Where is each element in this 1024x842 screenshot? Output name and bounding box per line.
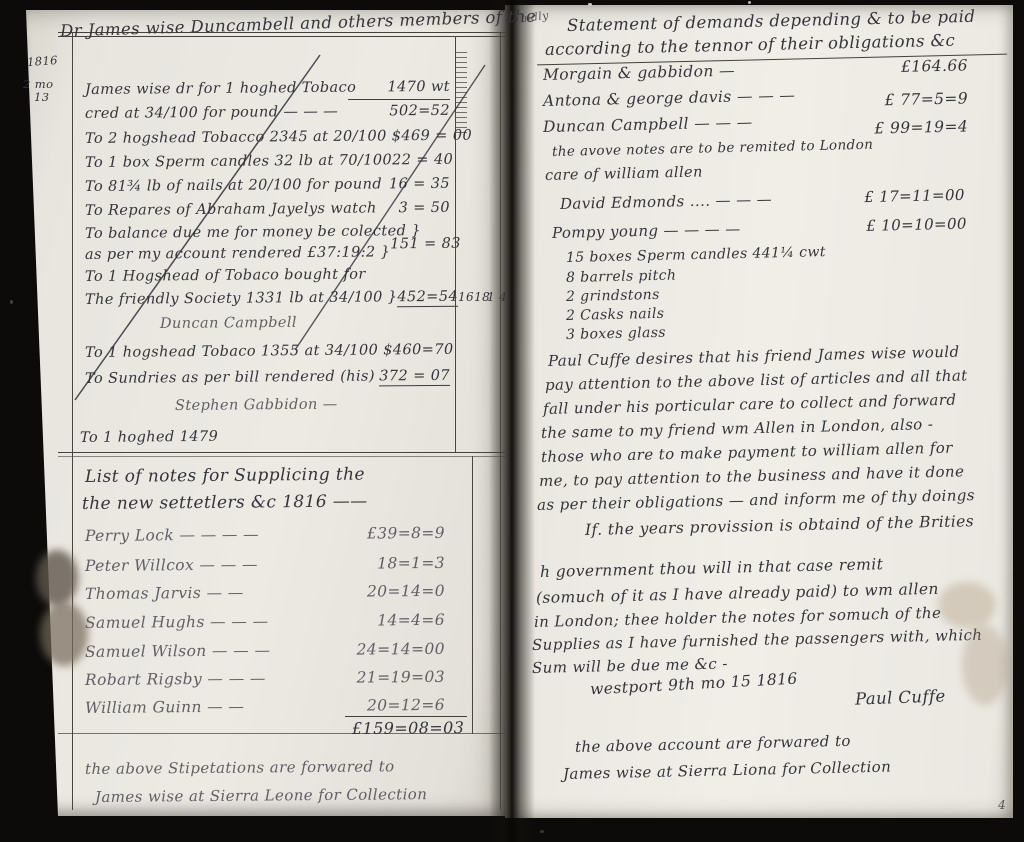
ledger-row: James wise dr for 1 hoghed Tobaco 1470 w… bbox=[85, 79, 450, 98]
cargo-line: 2 grindstons bbox=[566, 287, 660, 305]
note-amount: 18=1=3 bbox=[377, 554, 445, 573]
underline bbox=[348, 99, 450, 100]
note-row: Perry Lock — — — — £39=8=9 bbox=[85, 524, 445, 545]
note-row: Samuel Hughs — — — 14=4=6 bbox=[85, 611, 445, 632]
ledger-amount: 372 = 07 bbox=[379, 368, 450, 387]
ledger-amount: 3 = 50 bbox=[398, 200, 450, 216]
ledger-desc: To Repares of Abraham Jayelys watch bbox=[85, 200, 377, 219]
scanned-ledger-photo: Dr James wise Duncambell and others memb… bbox=[0, 0, 1024, 842]
ledger-row: To Repares of Abraham Jayelys watch 3 = … bbox=[85, 200, 450, 219]
ledger-row: To 2 hogshead Tobacco 2345 at 20/100 $ 4… bbox=[85, 128, 450, 147]
paper-stain bbox=[938, 582, 996, 628]
note-row: Thomas Jarvis — — 20=14=0 bbox=[85, 582, 445, 603]
ledger-amount: 22 = 40 bbox=[392, 152, 453, 169]
table-rule bbox=[58, 452, 506, 453]
ledger-amount: 151 = 83 bbox=[390, 236, 461, 253]
note-name: Samuel Hughs — — — bbox=[85, 612, 269, 632]
dust-speck bbox=[10, 300, 13, 304]
note-amount: 20=12=6 bbox=[367, 696, 445, 715]
ledger-name-centered: Duncan Campbell bbox=[160, 315, 297, 332]
note-row: Peter Willcox — — — 18=1=3 bbox=[85, 554, 445, 575]
demand-amount: £ 10=10=00 bbox=[866, 215, 967, 235]
signature: Paul Cuffe bbox=[855, 686, 946, 708]
note-amount: 20=14=0 bbox=[367, 582, 445, 601]
cargo-line: 2 Casks nails bbox=[566, 306, 665, 324]
paper-stain bbox=[962, 625, 1008, 705]
ledger-row: The friendly Society 1331 lb at 34/100 }… bbox=[85, 289, 450, 310]
ledger-amount: 469 = 00 bbox=[401, 128, 472, 145]
ledger-row: To 1 box Sperm candles 32 lb at 70/100 2… bbox=[85, 152, 450, 171]
ledger-desc: To 81¾ lb of nails at 20/100 for pound bbox=[85, 176, 382, 195]
note-amount: 14=4=6 bbox=[377, 611, 445, 630]
cargo-line: 3 boxes glass bbox=[566, 325, 666, 343]
ledger-desc: To 2 hogshead Tobacco 2345 at 20/100 $ bbox=[85, 128, 402, 147]
ledger-row: To Sundries as per bill rendered (his) 3… bbox=[85, 368, 450, 389]
notes-title: the new settetlers &c 1816 —— bbox=[82, 492, 368, 514]
note-name: Samuel Wilson — — — bbox=[85, 641, 270, 661]
demand-amount: £ 77=5=9 bbox=[884, 89, 968, 109]
ledger-desc: cred at 34/100 for pound — — — bbox=[85, 104, 338, 122]
dust-speck bbox=[588, 3, 592, 6]
note-name: Peter Willcox — — — bbox=[85, 555, 258, 575]
left-footer: James wise at Sierra Leone for Collectio… bbox=[95, 785, 427, 806]
ledger-amount: 452=54 bbox=[397, 289, 458, 308]
note-name: Perry Lock — — — — bbox=[85, 525, 259, 545]
note-row: William Guinn — — 20=12=6 bbox=[85, 696, 445, 717]
corner-mark: 4 bbox=[998, 798, 1006, 812]
ledger-desc: To 1 box Sperm candles 32 lb at 70/100 bbox=[85, 152, 392, 171]
ledger-amount: 460=70 bbox=[393, 342, 454, 359]
demand-amount: £ 99=19=4 bbox=[874, 117, 968, 137]
ledger-amount: 1470 wt bbox=[387, 79, 450, 96]
table-rule bbox=[472, 456, 473, 734]
ledger-desc: To balance due me for money be colected … bbox=[85, 223, 421, 242]
margin-figure: 1618 bbox=[458, 290, 490, 304]
dust-speck bbox=[748, 1, 751, 4]
notes-title: List of notes for Supplicing the bbox=[85, 465, 365, 487]
note-name: Robart Rigsby — — — bbox=[85, 669, 266, 689]
date-day: 13 bbox=[34, 90, 49, 104]
ledger-desc: as per my account rendered £37:19:2 } bbox=[85, 244, 390, 263]
note-name: Thomas Jarvis — — bbox=[85, 584, 244, 603]
ledger-row: To 81¾ lb of nails at 20/100 for pound 1… bbox=[85, 176, 450, 195]
ledger-row: cred at 34/100 for pound — — — 502=52 bbox=[85, 103, 450, 122]
ledger-amount: 502=52 bbox=[389, 103, 450, 120]
date-month: 2 mo bbox=[23, 77, 53, 91]
left-footer: the above Stipetations are forwared to bbox=[85, 757, 395, 778]
ledger-desc: To 1 Hogshead of Tobaco bought for bbox=[85, 267, 366, 285]
ledger-name-centered: Stephen Gabbidon — bbox=[175, 397, 338, 414]
note-amount: 21=19=03 bbox=[357, 668, 446, 687]
margin-tick-marks bbox=[456, 52, 467, 134]
ledger-desc: James wise dr for 1 hoghed Tobaco bbox=[85, 80, 356, 98]
ledger-row: as per my account rendered £37:19:2 } 15… bbox=[85, 244, 450, 263]
ink-stain bbox=[40, 602, 88, 666]
margin-figure: 1 4 bbox=[487, 290, 507, 304]
cargo-line: 8 barrels pitch bbox=[566, 267, 677, 286]
ledger-row: To 1 Hogshead of Tobaco bought for bbox=[85, 266, 450, 285]
ledger-desc: To Sundries as per bill rendered (his) bbox=[85, 368, 375, 389]
ink-stain bbox=[36, 550, 78, 606]
demand-amount: £164.66 bbox=[901, 56, 968, 76]
ledger-desc: To 1 hogshead Tobaco 1355 at 34/100 $ bbox=[85, 342, 393, 361]
book-gutter bbox=[489, 0, 535, 842]
ledger-desc: The friendly Society 1331 lb at 34/100 } bbox=[85, 289, 398, 310]
table-rule bbox=[58, 456, 506, 457]
note-amount: £39=8=9 bbox=[367, 524, 445, 543]
notes-total: £159=08=03 bbox=[352, 718, 464, 738]
ledger-desc: To 1 hoghed 1479 bbox=[80, 429, 218, 446]
note-row: Samuel Wilson — — — 24=14=00 bbox=[85, 640, 445, 661]
table-rule bbox=[500, 32, 501, 810]
note-row: Robart Rigsby — — — 21=19=03 bbox=[85, 668, 445, 689]
ledger-row: To 1 hogshead Tobaco 1355 at 34/100 $ 46… bbox=[85, 342, 450, 361]
note-name: William Guinn — — bbox=[85, 698, 244, 717]
date-year: 1816 bbox=[27, 53, 59, 69]
ledger-amount: 16 = 35 bbox=[389, 176, 450, 193]
demand-amount: £ 17=11=00 bbox=[864, 186, 965, 206]
table-rule bbox=[72, 32, 73, 810]
note-amount: 24=14=00 bbox=[357, 640, 446, 659]
dust-speck bbox=[540, 830, 544, 833]
